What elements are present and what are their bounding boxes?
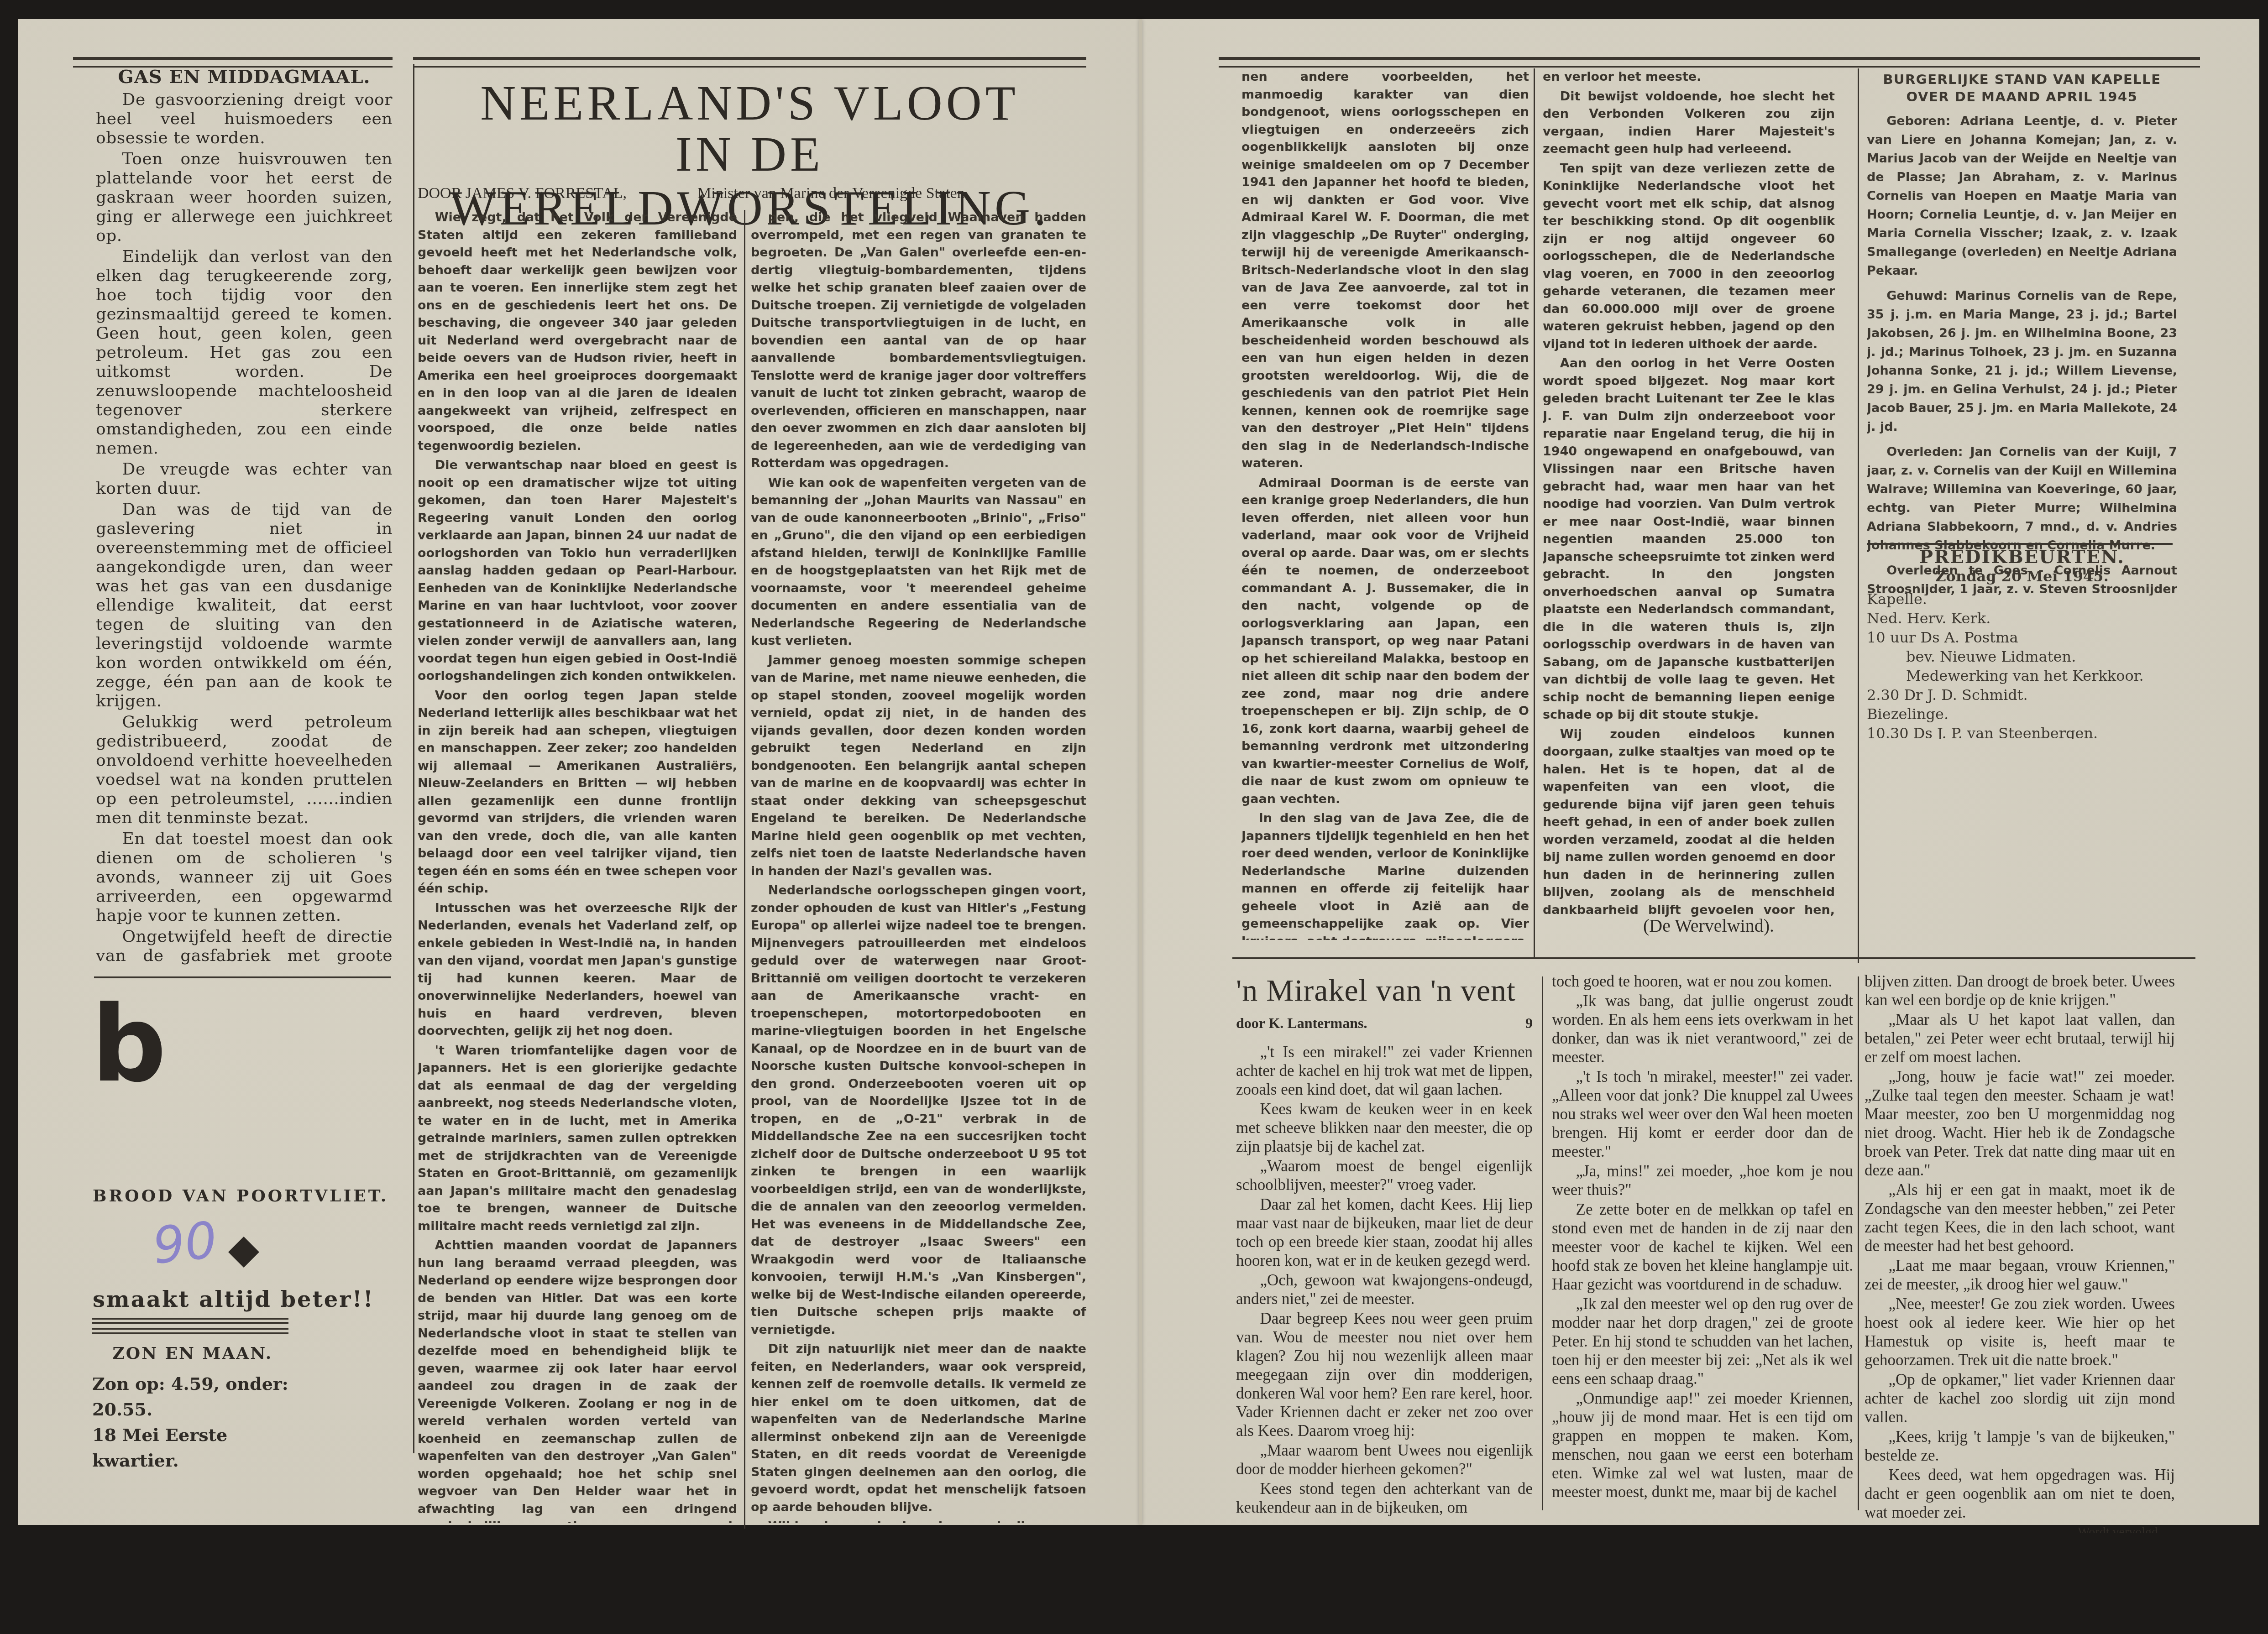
paragraph: „Ja, mins!" zei moeder, „hoe kom je nou … bbox=[1552, 1162, 1853, 1199]
paragraph: „Jong, houw je facie wat!" zei moeder. „… bbox=[1865, 1067, 2175, 1180]
paragraph: Kees stond tegen den achterkant van de k… bbox=[1236, 1479, 1533, 1517]
paragraph: Gelukkig werd petroleum gedistribueerd, … bbox=[96, 713, 393, 828]
paragraph: 't Waren triomfantelijke dagen voor de J… bbox=[418, 1042, 737, 1236]
paragraph: Achttien maanden voordat de Japanners hu… bbox=[418, 1237, 737, 1523]
to-be-continued: Wordt vervolgd. bbox=[1865, 1523, 2161, 1533]
paragraph: „Maar waarom bent Uwees nou eigenlijk do… bbox=[1236, 1441, 1533, 1478]
paragraph: en verloor het meeste. bbox=[1543, 68, 1835, 86]
paragraph: blijven zitten. Dan droogt de broek bete… bbox=[1865, 972, 2175, 1009]
navy-column-3: nen andere voorbeelden, het manmoedig ka… bbox=[1241, 68, 1529, 940]
paragraph: „Nee, meester! Ge zou ziek worden. Uwees… bbox=[1865, 1295, 2175, 1369]
gas-article-title: GAS EN MIDDAGMAAL. bbox=[96, 68, 393, 87]
paragraph: Wij kenden reeds, door deze en dozij- bbox=[751, 1518, 1086, 1523]
predikbeurten-date: Zondag 20 Mei 1945. bbox=[1867, 567, 2177, 586]
paragraph: En dat toestel moest dan ook dienen om d… bbox=[96, 830, 393, 925]
zon-en-maan: ZON EN MAAN. Zon op: 4.59, onder: 20.55.… bbox=[92, 1344, 293, 1473]
paragraph: In den slag van de Java Zee, die de Japa… bbox=[1241, 810, 1529, 940]
brood-slogan: smaakt altijd beter!! bbox=[93, 1287, 374, 1312]
service-row: Kapelle. bbox=[1867, 590, 2177, 609]
births: Geboren: Adriana Leentje, d. v. Pieter v… bbox=[1867, 112, 2177, 280]
paragraph: „'t Is een mirakel!" zei vader Kriennen … bbox=[1236, 1043, 1533, 1099]
service-row: bev. Nieuwe Lidmaten. bbox=[1867, 647, 2177, 666]
paragraph: Dan was de tijd van de gaslevering niet … bbox=[96, 500, 393, 711]
navy-column-1: Wie zegt, dat het Volk der Vereenigde St… bbox=[418, 209, 737, 1523]
navy-column-4: en verloor het meeste. Dit bewijst voldo… bbox=[1543, 68, 1835, 922]
paragraph: Ze zette boter en de melkkan op tafel en… bbox=[1552, 1200, 1853, 1294]
paragraph: Aan den oorlog in het Verre Oosten wordt… bbox=[1543, 355, 1835, 724]
paragraph: Ongetwijfeld heeft de directie van de ga… bbox=[96, 927, 393, 966]
gas-article: GAS EN MIDDAGMAAL. De gasvoorziening dre… bbox=[96, 68, 393, 966]
service-row: 10 uur Ds A. Postma bbox=[1867, 628, 2177, 647]
moon-phase: 18 Mei Eerste kwartier. bbox=[92, 1422, 293, 1473]
column-rule bbox=[413, 64, 414, 1453]
serial-title: 'n Mirakel van 'n vent bbox=[1236, 972, 1533, 1008]
paragraph: „Op de opkamer," liet vader Kriennen daa… bbox=[1865, 1370, 2175, 1426]
paragraph: Wie kan ook de wapenfeiten vergeten van … bbox=[751, 475, 1086, 650]
paragraph: Intusschen was het overzeesche Rijk der … bbox=[418, 900, 737, 1040]
service-row: 10.30 Ds J. P. van Steenbergen. bbox=[1867, 724, 2177, 739]
zon-en-maan-title: ZON EN MAAN. bbox=[92, 1344, 293, 1363]
paragraph: Die verwantschap naar bloed en geest is … bbox=[418, 457, 737, 685]
section-rule bbox=[94, 976, 391, 978]
paragraph: „Als hij er een gat in maakt, moet ik de… bbox=[1865, 1180, 2175, 1255]
paragraph: Daar begreep Kees nou weer geen pruim va… bbox=[1236, 1309, 1533, 1440]
rule-line bbox=[92, 1322, 288, 1324]
paragraph: Ten spijt van deze verliezen zette de Ko… bbox=[1543, 160, 1835, 354]
top-rule-right bbox=[1219, 57, 2200, 68]
sun-times: Zon op: 4.59, onder: 20.55. bbox=[92, 1371, 293, 1422]
paragraph: Wie zegt, dat het Volk der Vereenigde St… bbox=[418, 209, 737, 455]
paragraph: Kees kwam de keuken weer in en keek met … bbox=[1236, 1100, 1533, 1156]
navy-byline-author: DOOR JAMES V. FORRESTAL, bbox=[418, 185, 627, 202]
paragraph: Dit bewijst voldoende, hoe slecht het de… bbox=[1543, 88, 1835, 158]
paragraph: Nederlandsche oorlogsschepen gingen voor… bbox=[751, 882, 1086, 1339]
paragraph: Wij zouden eindeloos kunnen doorgaan, zu… bbox=[1543, 726, 1835, 922]
navy-source: (De Wervelwind). bbox=[1643, 915, 1774, 936]
top-rule-navy bbox=[413, 57, 1086, 68]
navy-column-2: pen, die het vliegveld Waalhaven hadden … bbox=[751, 209, 1086, 1523]
service-row: Biezelinge. bbox=[1867, 705, 2177, 724]
burgerlijke-stand: BURGERLIJKE STAND VAN KAPELLE OVER DE MA… bbox=[1867, 71, 2177, 595]
paragraph: „Kees, krijg 't lampje 's van de bijkeuk… bbox=[1865, 1427, 2175, 1465]
brood-name: BROOD VAN POORTVLIET. bbox=[93, 1186, 388, 1206]
predikbeurten: PREDIKBEURTEN. Zondag 20 Mei 1945. Kapel… bbox=[1867, 548, 2177, 739]
column-rule bbox=[1542, 976, 1543, 1510]
predikbeurten-title: PREDIKBEURTEN. bbox=[1867, 548, 2177, 567]
section-rule bbox=[1867, 543, 2173, 545]
serial-column-3: blijven zitten. Dan droogt de broek bete… bbox=[1865, 972, 2175, 1533]
paragraph: pen, die het vliegveld Waalhaven hadden … bbox=[751, 209, 1086, 473]
serial-byline: door K. Lantermans. 9 bbox=[1236, 1014, 1533, 1033]
paragraph: Jammer genoeg moesten sommige schepen va… bbox=[751, 652, 1086, 881]
serial-column-2: toch goed te hooren, wat er nou zou kome… bbox=[1552, 972, 1853, 1519]
triple-rule bbox=[92, 1318, 288, 1330]
paragraph: Admiraal Doorman is de eerste van een kr… bbox=[1241, 475, 1529, 809]
paragraph: „Onmundige aap!" zei moeder Kriennen, „h… bbox=[1552, 1389, 1853, 1501]
service-row: 2.30 Dr J. D. Schmidt. bbox=[1867, 685, 2177, 705]
paragraph: „Laat me maar begaan, vrouw Kriennen," z… bbox=[1865, 1256, 2175, 1294]
paragraph: „'t Is toch 'n mirakel, meester!" zei va… bbox=[1552, 1067, 1853, 1161]
column-rule bbox=[1858, 976, 1859, 1510]
top-rule-left bbox=[73, 57, 393, 68]
paragraph: „Maar als U het kapot laat vallen, dan b… bbox=[1865, 1010, 2175, 1066]
paragraph: „Waarom moest de bengel eigenlijk school… bbox=[1236, 1157, 1533, 1194]
page-fold bbox=[1139, 19, 1142, 1525]
paragraph: Toen onze huisvrouwen ten plattelande vo… bbox=[96, 150, 393, 245]
column-rule bbox=[1534, 68, 1535, 958]
paragraph: De vreugde was echter van korten duur. bbox=[96, 460, 393, 498]
paragraph: „Ik was bang, dat jullie ongerust zoudt … bbox=[1552, 992, 1853, 1066]
title-line-1: BURGERLIJKE STAND VAN KAPELLE bbox=[1883, 72, 2161, 87]
paragraph: nen andere voorbeelden, het manmoedig ka… bbox=[1241, 68, 1529, 473]
serial-divider bbox=[1232, 957, 2195, 959]
paragraph: Daar zal het komen, dacht Kees. Hij liep… bbox=[1236, 1195, 1533, 1270]
paragraph: Dit zijn natuurlijk niet meer dan de naa… bbox=[751, 1341, 1086, 1516]
paragraph: Eindelijk dan verlost van den elken dag … bbox=[96, 247, 393, 458]
serial-author: door K. Lantermans. bbox=[1236, 1014, 1367, 1033]
title-line-2: OVER DE MAAND APRIL 1945 bbox=[1907, 89, 2138, 104]
column-rule bbox=[744, 210, 745, 1529]
serial-column-1: 'n Mirakel van 'n vent door K. Lanterman… bbox=[1236, 972, 1533, 1519]
column-rule bbox=[1858, 68, 1859, 963]
paragraph: De gasvoorziening dreigt voor heel veel … bbox=[96, 90, 393, 148]
paragraph: toch goed te hooren, wat er nou zou kome… bbox=[1552, 972, 1853, 991]
marriages: Gehuwd: Marinus Cornelis van de Repe, 35… bbox=[1867, 287, 2177, 436]
navy-headline-1: NEERLAND'S VLOOT bbox=[413, 77, 1086, 131]
navy-byline-role: Minister van Marine der Vereenigde State… bbox=[697, 185, 969, 202]
deaths: Overleden: Jan Cornelis van der Kuijl, 7… bbox=[1867, 443, 2177, 555]
serial-episode: 9 bbox=[1525, 1014, 1533, 1033]
section-rule bbox=[92, 1332, 288, 1334]
brood-logo-letter: b bbox=[91, 999, 167, 1091]
paragraph: Voor den oorlog tegen Japan stelde Neder… bbox=[418, 687, 737, 898]
burgerlijke-stand-title: BURGERLIJKE STAND VAN KAPELLE OVER DE MA… bbox=[1867, 71, 2177, 105]
paragraph: „Ik zal den meester wel op den rug over … bbox=[1552, 1295, 1853, 1388]
handwritten-note: 90 bbox=[150, 1211, 220, 1275]
service-row: Ned. Herv. Kerk. bbox=[1867, 609, 2177, 628]
paragraph: Kees deed, wat hem opgedragen was. Hij d… bbox=[1865, 1466, 2175, 1522]
paragraph: „Och, gewoon wat kwajongens-ondeugd, and… bbox=[1236, 1271, 1533, 1308]
service-row: Medewerking van het Kerkkoor. bbox=[1867, 666, 2177, 685]
